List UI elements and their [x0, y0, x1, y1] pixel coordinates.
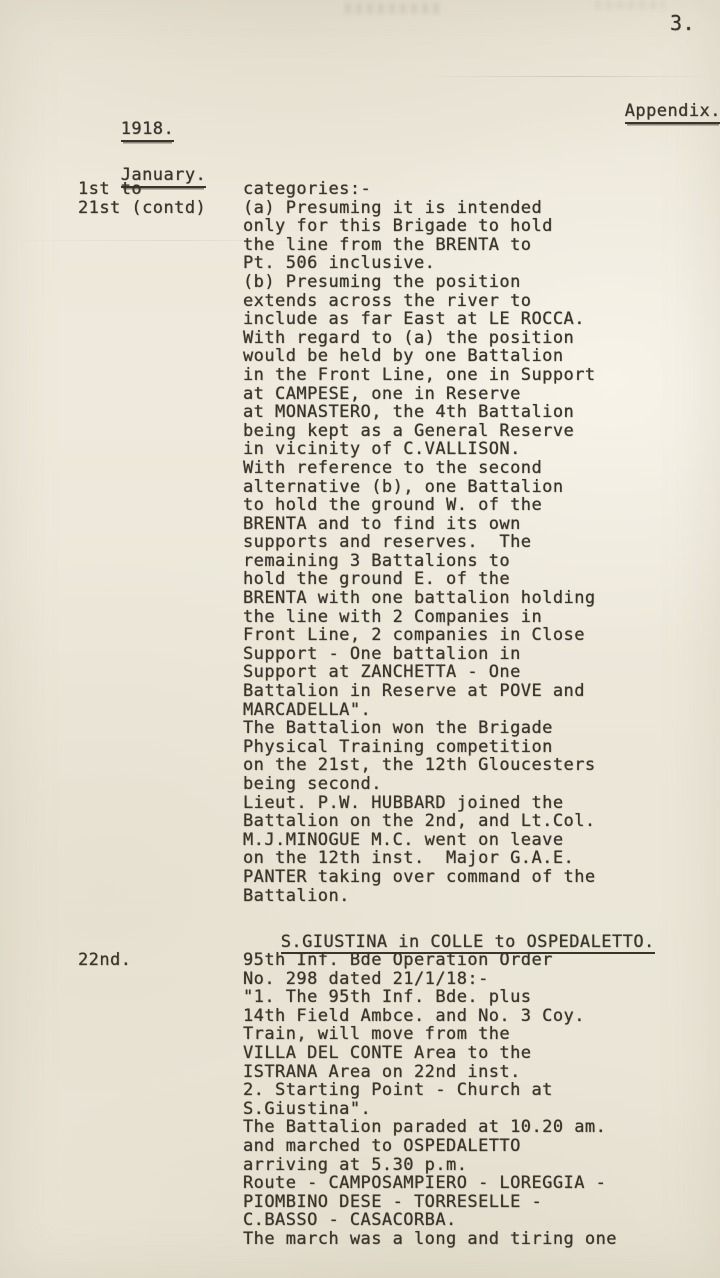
- text-line: on the 12th inst. Major G.A.E.: [243, 849, 693, 868]
- text-line: extends across the river to: [243, 292, 693, 311]
- entry-body: categories:-(a) Presuming it is intended…: [243, 180, 693, 905]
- text-line: Support - One battalion in: [243, 645, 693, 664]
- text-line: PIOMBINO DESE - TORRESELLE -: [243, 1193, 703, 1212]
- text-line: at CAMPESE, one in Reserve: [243, 385, 693, 404]
- text-line: Battalion.: [243, 887, 693, 906]
- text-line: Battalion on the 2nd, and Lt.Col.: [243, 812, 693, 831]
- text-line: 22nd.: [78, 951, 131, 970]
- text-line: The Battalion paraded at 10.20 am.: [243, 1118, 703, 1137]
- text-line: Front Line, 2 companies in Close: [243, 626, 693, 645]
- text-line: With regard to (a) the position: [243, 329, 693, 348]
- text-line: include as far East at LE ROCCA.: [243, 310, 693, 329]
- text-line: categories:-: [243, 180, 693, 199]
- text-line: hold the ground E. of the: [243, 570, 693, 589]
- text-line: Train, will move from the: [243, 1025, 703, 1044]
- text-line: in vicinity of C.VALLISON.: [243, 440, 693, 459]
- scan-smudge: [345, 3, 440, 14]
- text-line: Lieut. P.W. HUBBARD joined the: [243, 794, 693, 813]
- text-line: VILLA DEL CONTE Area to the: [243, 1044, 703, 1063]
- text-line: Route - CAMPOSAMPIERO - LOREGGIA -: [243, 1174, 703, 1193]
- text-line: 14th Field Ambce. and No. 3 Coy.: [243, 1007, 703, 1026]
- text-line: M.J.MINOGUE M.C. went on leave: [243, 831, 693, 850]
- text-line: ISTRANA Area on 22nd inst.: [243, 1063, 703, 1082]
- text-line: to hold the ground W. of the: [243, 496, 693, 515]
- text-line: alternative (b), one Battalion: [243, 478, 693, 497]
- text-line: PANTER taking over command of the: [243, 868, 693, 887]
- text-line: Battalion in Reserve at POVE and: [243, 682, 693, 701]
- text-line: The march was a long and tiring one: [243, 1230, 703, 1249]
- text-line: only for this Brigade to hold: [243, 217, 693, 236]
- page-number: 3.: [670, 14, 695, 33]
- text-line: BRENTA with one battalion holding: [243, 589, 693, 608]
- text-line: S.Giustina".: [243, 1100, 703, 1119]
- text-line: being kept as a General Reserve: [243, 422, 693, 441]
- text-line: being second.: [243, 775, 693, 794]
- document-page: 3. Appendix. 1918. January. 1st to21st (…: [0, 0, 720, 1278]
- text-line: BRENTA and to find its own: [243, 515, 693, 534]
- text-line: No. 298 dated 21/1/18:-: [243, 970, 703, 989]
- text-line: With reference to the second: [243, 459, 693, 478]
- entry-date: 22nd.: [78, 951, 131, 970]
- text-line: C.BASSO - CASACORBA.: [243, 1211, 703, 1230]
- text-line: 21st (contd): [78, 199, 206, 218]
- text-line: "1. The 95th Inf. Bde. plus: [243, 988, 703, 1007]
- text-line: MARCADELLA".: [243, 701, 693, 720]
- year-label: 1918.: [121, 120, 174, 143]
- text-line: and marched to OSPEDALETTO: [243, 1137, 703, 1156]
- text-line: (a) Presuming it is intended: [243, 199, 693, 218]
- text-line: Pt. 506 inclusive.: [243, 254, 693, 273]
- text-line: the line with 2 Companies in: [243, 608, 693, 627]
- text-line: at MONASTERO, the 4th Battalion: [243, 403, 693, 422]
- text-line: 2. Starting Point - Church at: [243, 1081, 703, 1100]
- appendix-heading: Appendix.: [582, 83, 720, 143]
- text-line: on the 21st, the 12th Gloucesters: [243, 756, 693, 775]
- paper-crease: [420, 76, 720, 77]
- text-line: (b) Presuming the position: [243, 273, 693, 292]
- text-line: The Battalion won the Brigade: [243, 719, 693, 738]
- text-line: Physical Training competition: [243, 738, 693, 757]
- text-line: Support at ZANCHETTA - One: [243, 663, 693, 682]
- text-line: remaining 3 Battalions to: [243, 552, 693, 571]
- text-line: 95th Inf. Bde Operation Order: [243, 951, 703, 970]
- scan-smudge: [595, 1, 665, 9]
- entry-body: 95th Inf. Bde Operation OrderNo. 298 dat…: [243, 951, 703, 1249]
- appendix-label: Appendix.: [625, 102, 720, 125]
- text-line: in the Front Line, one in Support: [243, 366, 693, 385]
- text-line: 1st to: [78, 180, 206, 199]
- entry-date: 1st to21st (contd): [78, 180, 206, 217]
- text-line: supports and reserves. The: [243, 533, 693, 552]
- text-line: arriving at 5.30 p.m.: [243, 1156, 703, 1175]
- text-line: the line from the BRENTA to: [243, 236, 693, 255]
- text-line: would be held by one Battalion: [243, 347, 693, 366]
